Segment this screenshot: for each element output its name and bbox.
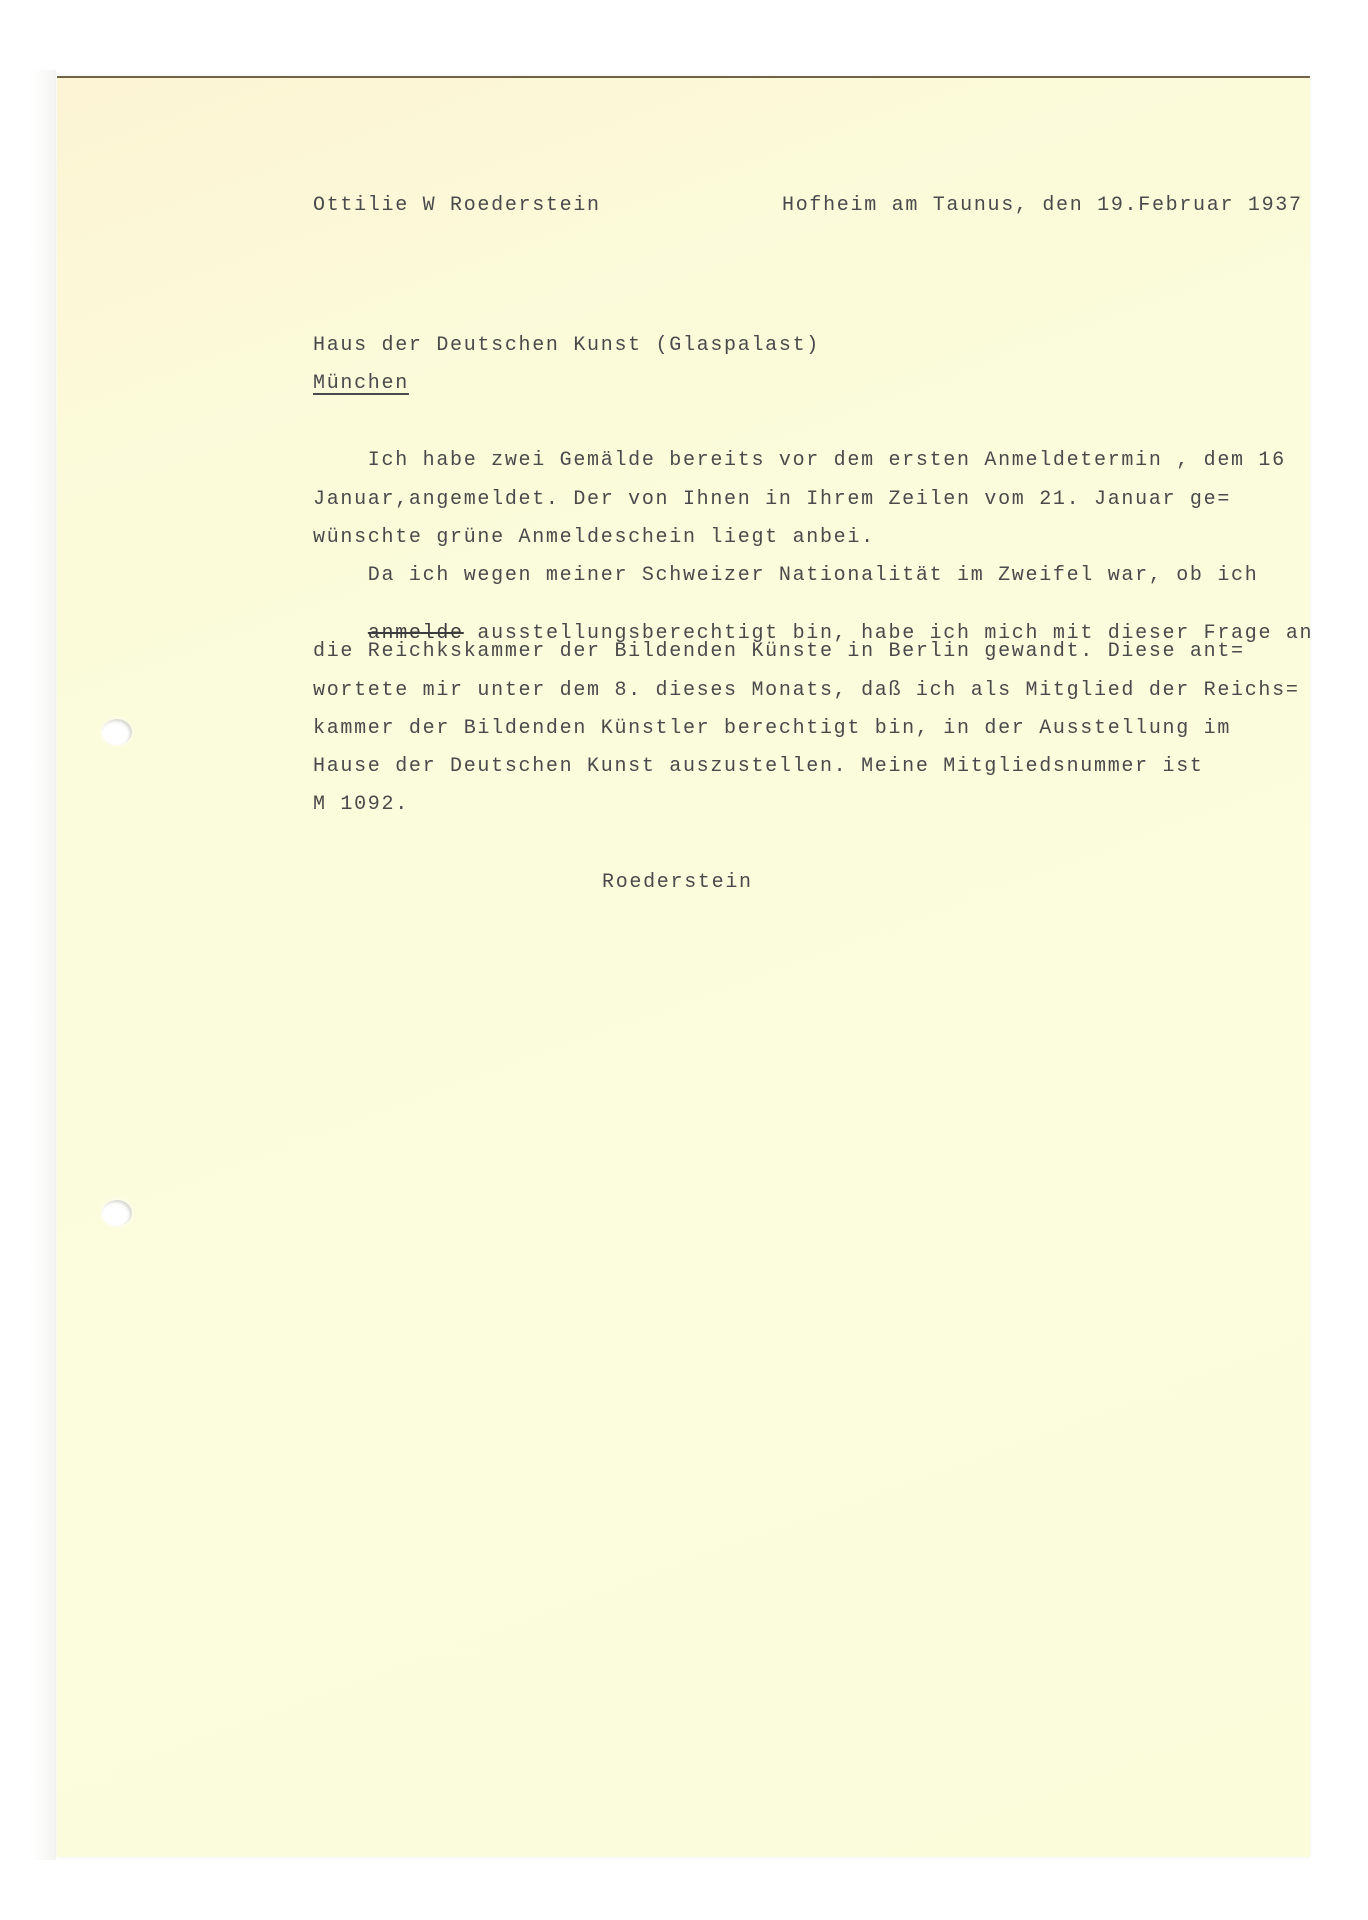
punch-hole-top [102,719,132,745]
body-line-9: Hause der Deutschen Kunst auszustellen. … [313,757,1204,777]
body-line-8: kammer der Bildenden Künstler berechtigt… [313,719,1231,739]
body-line-4: Da ich wegen meiner Schweizer Nationalit… [313,566,1258,586]
scan-shadow [30,70,56,1860]
sender-name: Ottilie W Roederstein [313,196,601,216]
body-line-10: M 1092. [313,795,409,815]
signature: Roederstein [602,873,753,893]
body-line-7: wortete mir unter dem 8. dieses Monats, … [313,681,1300,701]
recipient-city: München [313,374,409,394]
body-line-2: Januar,angemeldet. Der von Ihnen in Ihre… [313,490,1231,510]
letter-page: Ottilie W Roederstein Hofheim am Taunus,… [57,76,1310,1857]
body-line-3: wünschte grüne Anmeldeschein liegt anbei… [313,528,875,548]
punch-hole-bottom [102,1200,132,1226]
body-line-1: Ich habe zwei Gemälde bereits vor dem er… [313,451,1286,471]
recipient-line: Haus der Deutschen Kunst (Glaspalast) [313,336,820,356]
place-and-date: Hofheim am Taunus, den 19.Februar 1937 [782,196,1303,216]
body-line-6: die Reichkskammer der Bildenden Künste i… [313,642,1245,662]
